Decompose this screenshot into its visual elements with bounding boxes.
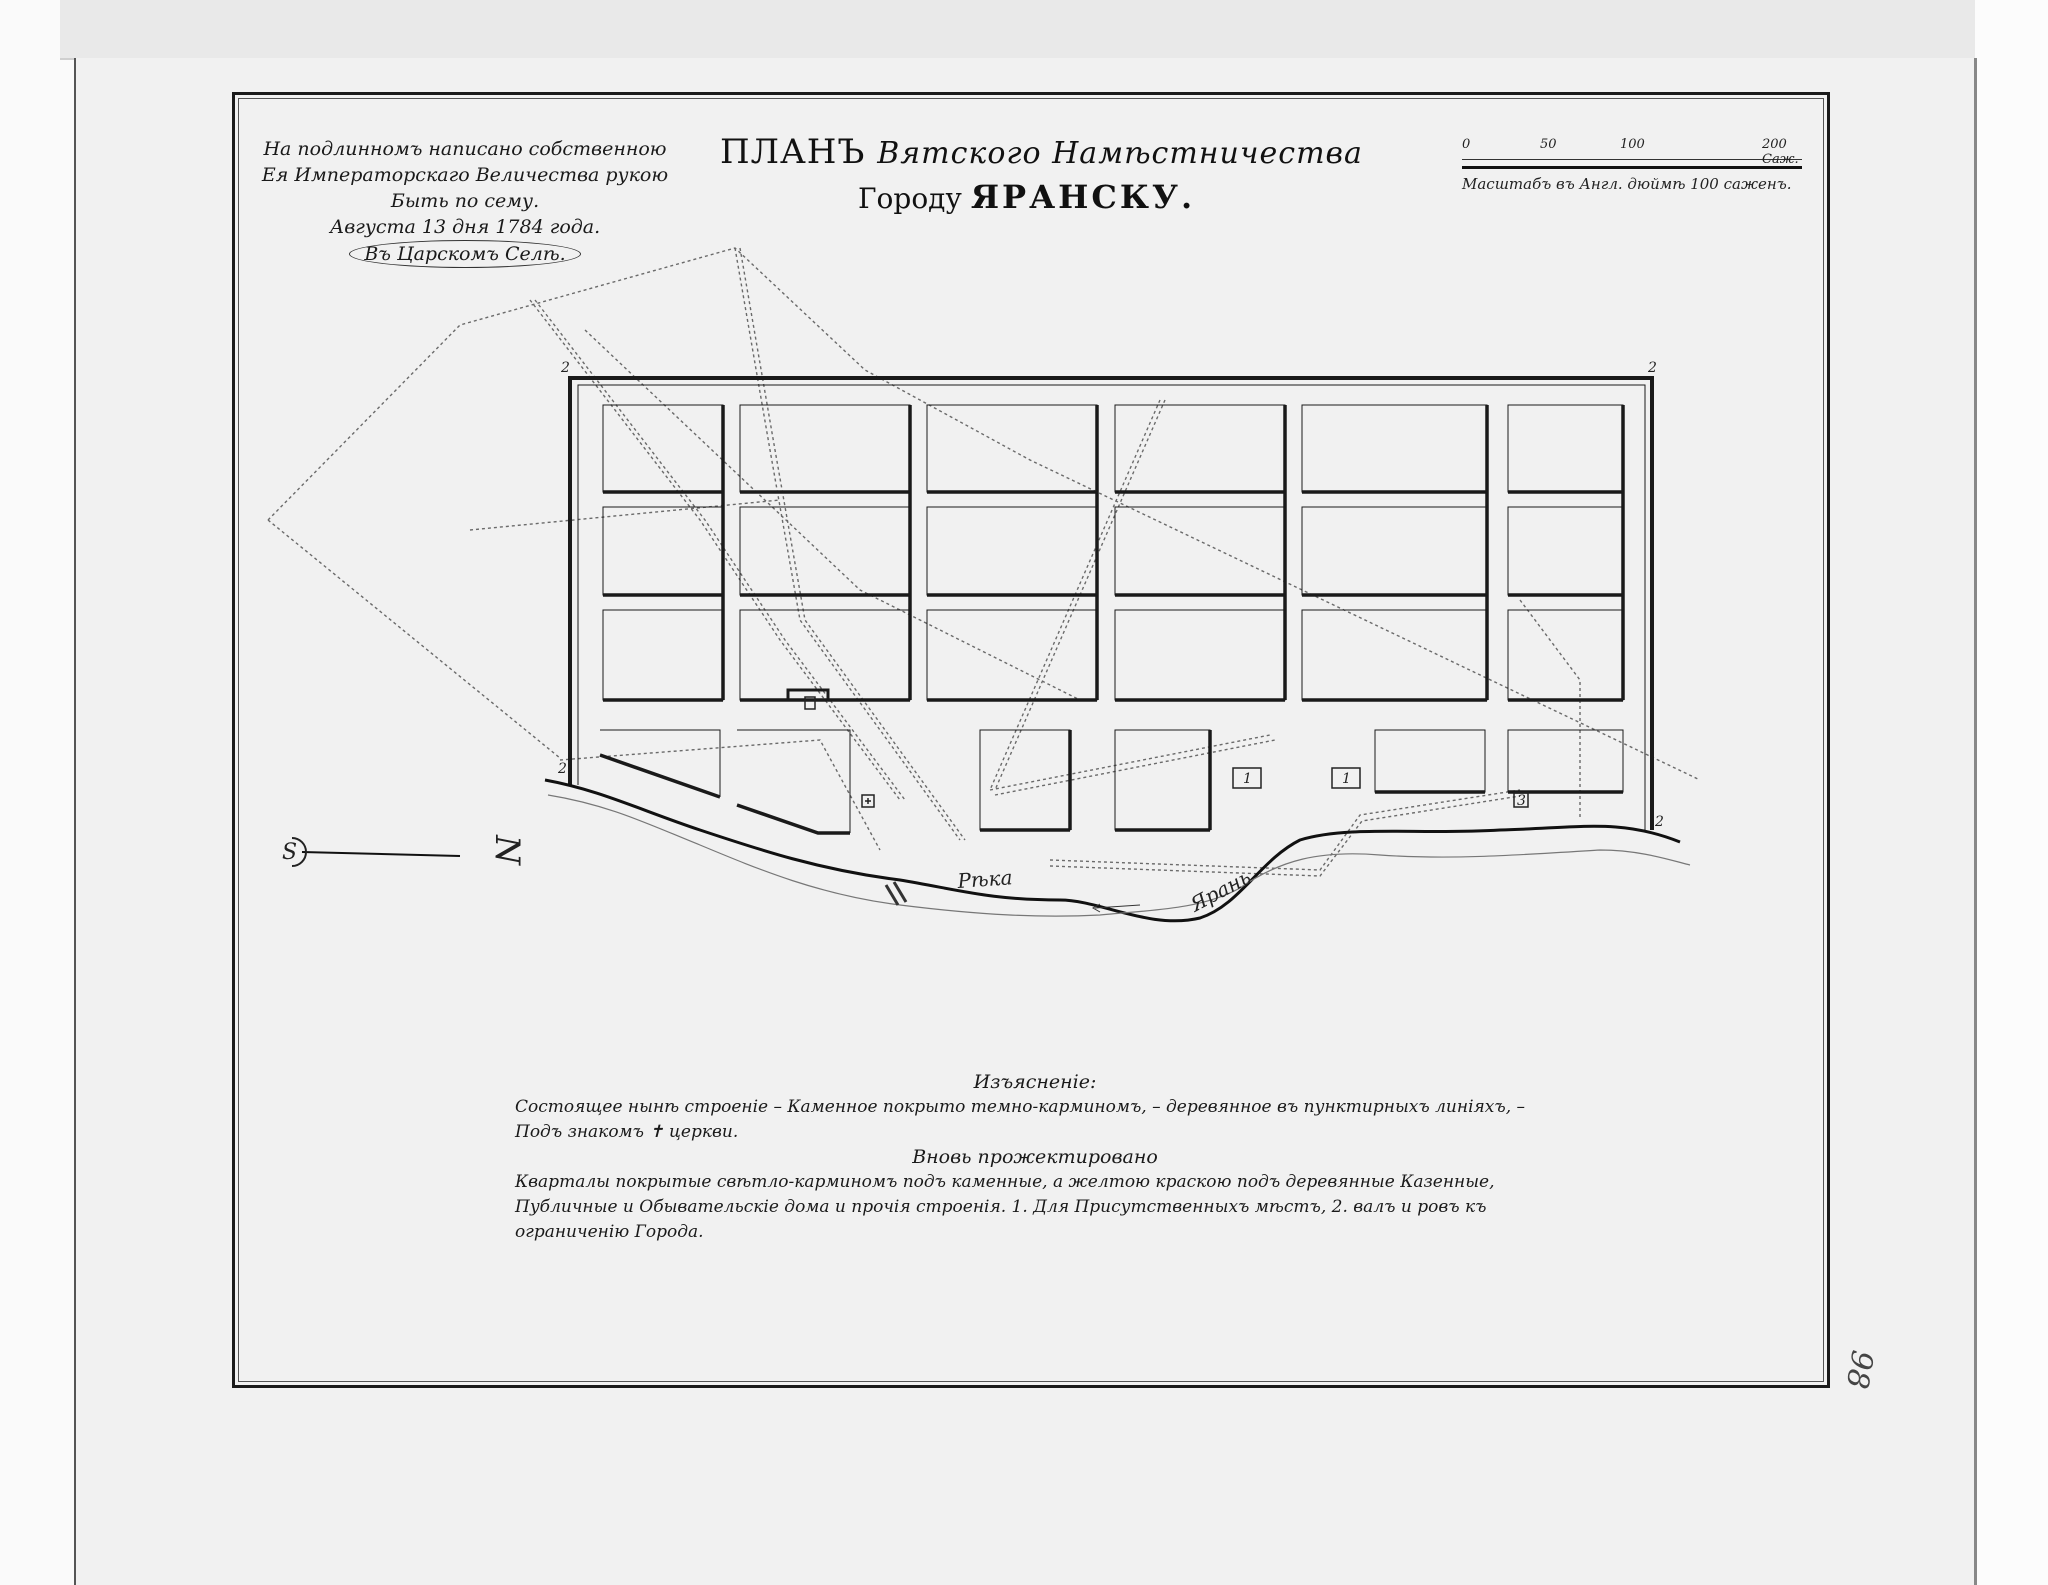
bridge [886, 882, 906, 905]
svg-text:2: 2 [1647, 360, 1657, 376]
svg-text:1: 1 [1243, 771, 1252, 787]
meridian-arrow [292, 838, 460, 866]
block-shading [603, 405, 1623, 830]
svg-text:3: 3 [1517, 793, 1526, 809]
city-blocks [603, 405, 1623, 830]
town-plan-drawing: 113 2222 Рѣка Ярань [0, 0, 2048, 1585]
legend-projected-heading: Вновь прожектировано [515, 1145, 1555, 1170]
riverside-blocks [600, 690, 850, 833]
page-number: 98 [1839, 1348, 1880, 1392]
north-label: N [487, 835, 527, 865]
svg-text:Рѣка: Рѣка [956, 865, 1014, 893]
legend-existing-text: Состоящее нынѣ строеніе – Каменное покры… [515, 1095, 1555, 1145]
town-boundary [570, 378, 1652, 830]
svg-text:2: 2 [560, 360, 570, 376]
legend: Изъясненіе: Состоящее нынѣ строеніе – Ка… [515, 1070, 1555, 1245]
svg-text:2: 2 [557, 761, 567, 777]
legend-heading: Изъясненіе: [515, 1070, 1555, 1095]
svg-text:2: 2 [1654, 814, 1664, 830]
svg-text:1: 1 [1342, 771, 1351, 787]
legend-projected-text: Кварталы покрытые свѣтло-карминомъ подъ … [515, 1170, 1555, 1245]
south-label: S [282, 840, 297, 865]
